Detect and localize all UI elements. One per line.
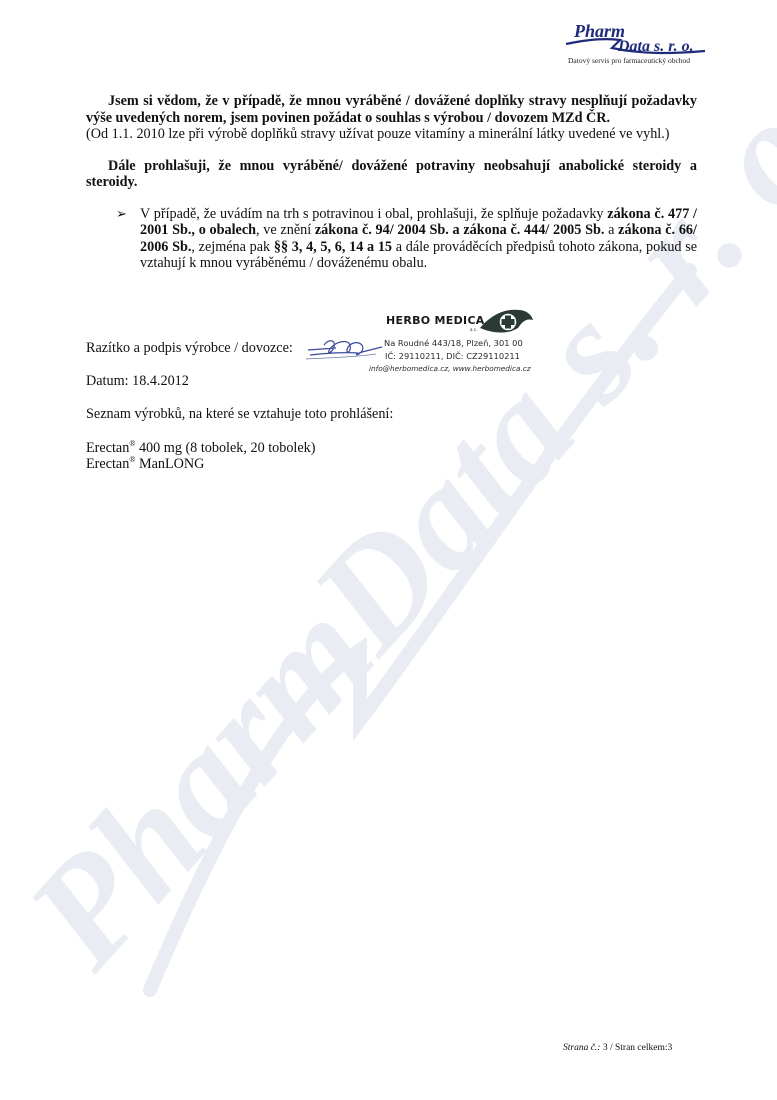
declaration-paragraph-2: Dále prohlašuji, že mnou vyráběné/ dováž… xyxy=(86,158,697,191)
herbo-medica-emblem-icon xyxy=(478,306,534,336)
stamp-contact: info@herbomedica.cz, www.herbomedica.cz xyxy=(369,364,531,373)
declaration-body: Jsem si vědom, že v případě, že mnou vyr… xyxy=(86,93,697,272)
declaration-date: Datum: 18.4.2012 xyxy=(86,373,189,390)
signature-label: Razítko a podpis výrobce / dovozce: xyxy=(86,340,293,357)
declaration-note: (Od 1.1. 2010 lze při výrobě doplňků str… xyxy=(86,126,697,143)
packaging-bullet: ➢ V případě, že uvádím na trh s potravin… xyxy=(86,206,697,272)
stamp-address: Na Roudné 443/18, Plzeň, 301 00 xyxy=(384,338,523,348)
company-stamp: HERBO MEDICA a.s. Na Roudné 443/18, Plze… xyxy=(368,306,540,378)
product-list: Erectan® 400 mg (8 tobolek, 20 tobolek) … xyxy=(86,440,316,472)
page-label: Strana č.: xyxy=(563,1043,600,1053)
pharmdata-logo: Pharm Data s. r. o. Datový servis pro fa… xyxy=(560,18,710,68)
declaration-paragraph-1: Jsem si vědom, že v případě, že mnou vyr… xyxy=(86,93,697,126)
product-item: Erectan® 400 mg (8 tobolek, 20 tobolek) xyxy=(86,440,316,456)
stamp-company-ids: IČ: 29110211, DIČ: CZ29110211 xyxy=(385,351,520,361)
page-counter: Strana č.: 3 / Stran celkem:3 xyxy=(563,1043,672,1053)
stamp-company-name: HERBO MEDICA xyxy=(386,314,485,327)
packaging-bullet-text: V případě, že uvádím na trh s potravinou… xyxy=(140,206,697,272)
stamp-legal-form: a.s. xyxy=(470,327,477,332)
logo-tagline: Datový servis pro farmaceutický obchod xyxy=(568,56,690,65)
page-value: 3 / Stran celkem:3 xyxy=(600,1043,672,1053)
product-list-title: Seznam výrobků, na které se vztahuje tot… xyxy=(86,406,393,423)
arrow-right-icon: ➢ xyxy=(116,206,127,223)
product-item: Erectan® ManLONG xyxy=(86,456,316,472)
